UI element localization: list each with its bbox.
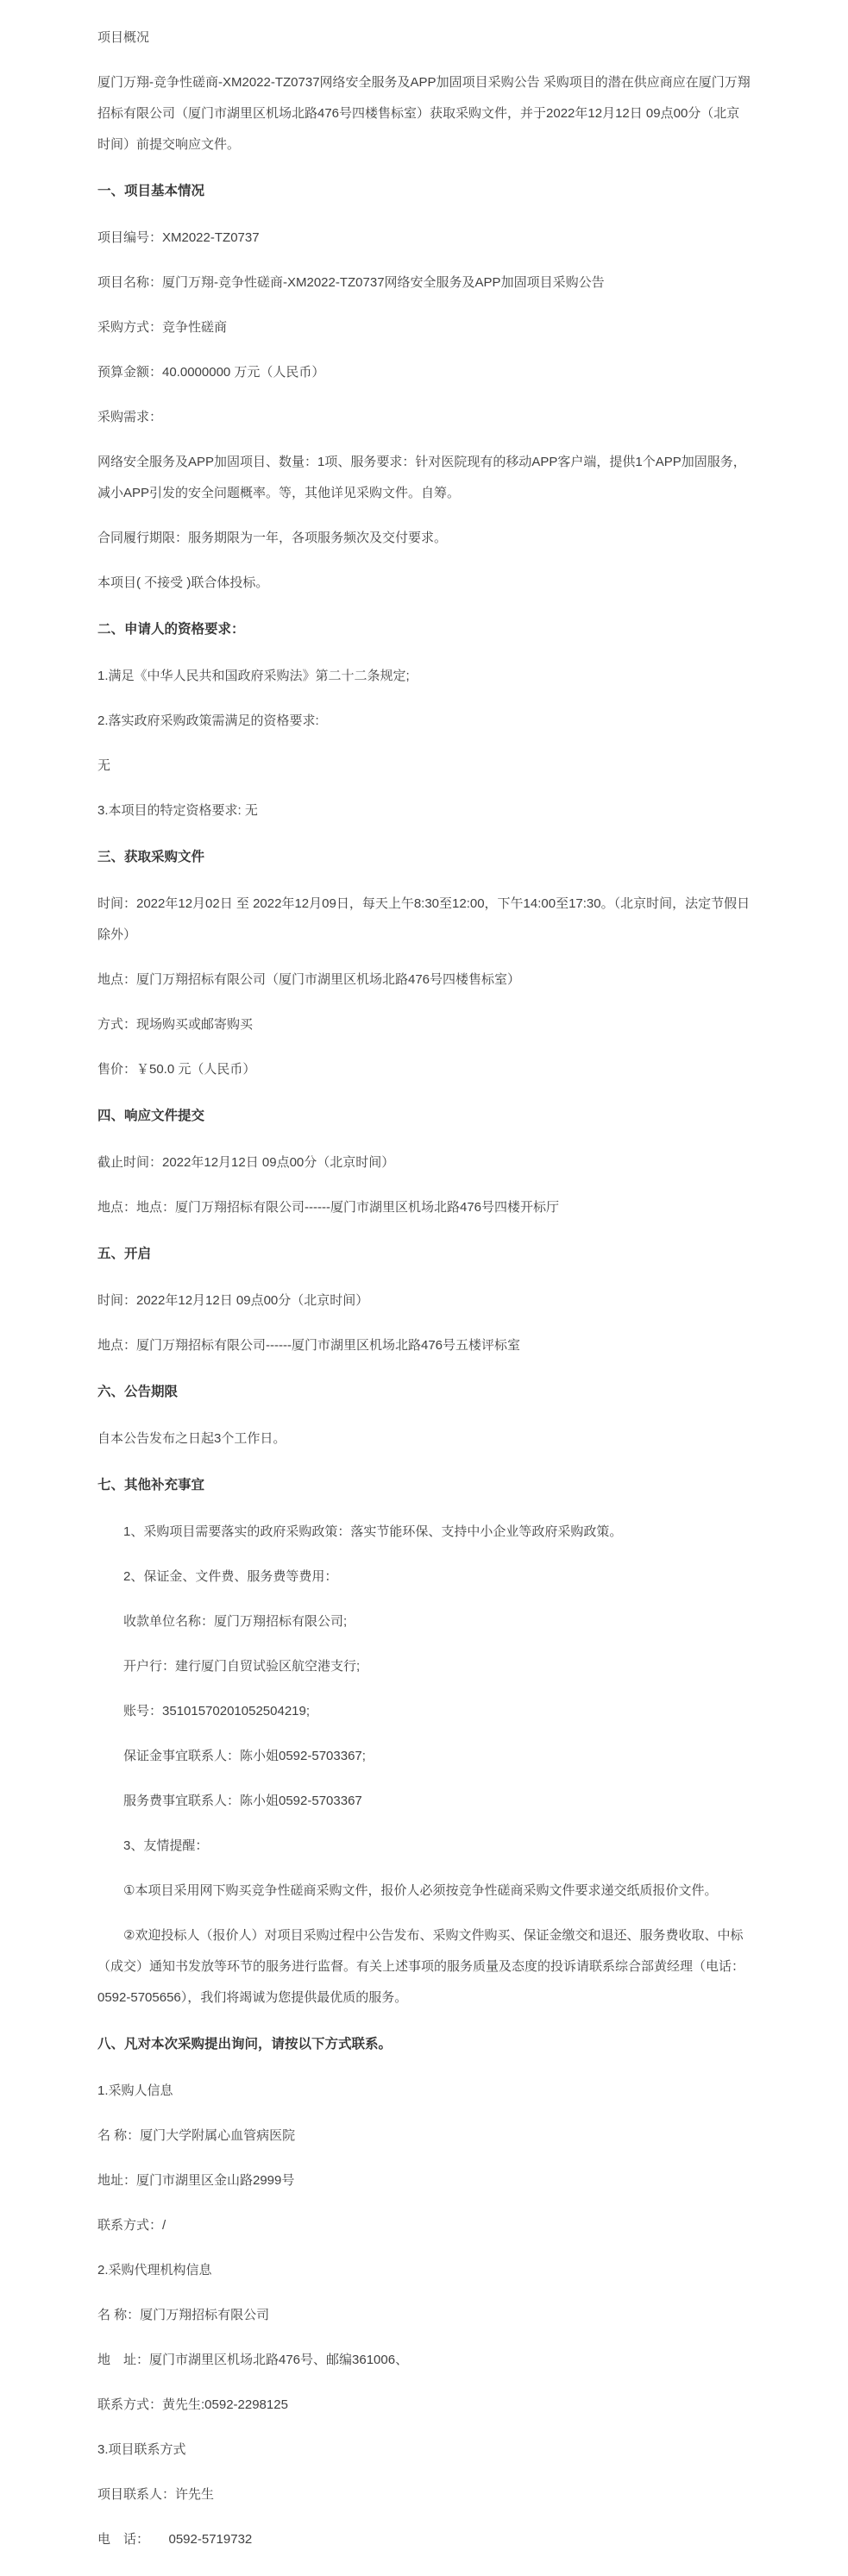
consortium-bidding-note: 本项目( 不接受 )联合体投标。 [97, 561, 751, 606]
page-title: 项目概况 [97, 16, 751, 60]
purchaser-name: 名 称：厦门大学附属心血管病医院 [97, 2114, 751, 2158]
supplement-item-3: 3、友情提醒： [97, 1824, 751, 1869]
account-number: 账号：35101570201052504219; [97, 1689, 751, 1734]
section-6-heading: 六、公告期限 [97, 1368, 751, 1417]
service-fee-contact: 服务费事宜联系人：陈小姐0592-5703367 [97, 1779, 751, 1824]
agency-address: 地 址：厦门市湖里区机场北路476号、邮编361006、 [97, 2338, 751, 2383]
document-acquisition-method: 方式：现场购买或邮寄购买 [97, 1002, 751, 1047]
agency-contact: 联系方式：黄先生:0592-2298125 [97, 2383, 751, 2428]
project-contact-person: 项目联系人：许先生 [97, 2472, 751, 2517]
section-3-heading: 三、获取采购文件 [97, 833, 751, 882]
announcement-period: 自本公告发布之日起3个工作日。 [97, 1417, 751, 1461]
document-acquisition-time: 时间：2022年12月02日 至 2022年12月09日，每天上午8:30至12… [97, 882, 751, 958]
project-contact-phone: 电 话： 0592-5719732 [97, 2517, 751, 2562]
procurement-announcement-document: 项目概况 厦门万翔-竞争性磋商-XM2022-TZ0737网络安全服务及APP加… [0, 0, 848, 2576]
supplement-item-2: 2、保证金、文件费、服务费等费用： [97, 1555, 751, 1599]
opening-location: 地点：厦门万翔招标有限公司------厦门市湖里区机场北路476号五楼评标室 [97, 1323, 751, 1368]
project-name: 项目名称：厦门万翔-竞争性磋商-XM2022-TZ0737网络安全服务及APP加… [97, 261, 751, 305]
submission-location: 地点：地点：厦门万翔招标有限公司------厦门市湖里区机场北路476号四楼开标… [97, 1185, 751, 1230]
agency-name: 名 称：厦门万翔招标有限公司 [97, 2293, 751, 2338]
section-5-heading: 五、开启 [97, 1230, 751, 1279]
reminder-2: ②欢迎投标人（报价人）对项目采购过程中公告发布、采购文件购买、保证金缴交和退还、… [97, 1913, 751, 2020]
section-2-heading: 二、申请人的资格要求： [97, 606, 751, 654]
budget-amount: 预算金额：40.0000000 万元（人民币） [97, 350, 751, 395]
opening-time: 时间：2022年12月12日 09点00分（北京时间） [97, 1279, 751, 1323]
qualification-requirement-2-value: 无 [97, 744, 751, 789]
supplement-item-1: 1、采购项目需要落实的政府采购政策：落实节能环保、支持中小企业等政府采购政策。 [97, 1510, 751, 1555]
procurement-demand-detail: 网络安全服务及APP加固项目、数量：1项、服务要求：针对医院现有的移动APP客户… [97, 440, 751, 516]
procurement-demand-label: 采购需求： [97, 395, 751, 440]
qualification-requirement-3: 3.本项目的特定资格要求: 无 [97, 789, 751, 833]
project-number: 项目编号：XM2022-TZ0737 [97, 216, 751, 261]
section-1-heading: 一、项目基本情况 [97, 167, 751, 216]
purchaser-contact: 联系方式：/ [97, 2203, 751, 2248]
purchaser-info-label: 1.采购人信息 [97, 2069, 751, 2114]
agency-info-label: 2.采购代理机构信息 [97, 2248, 751, 2293]
document-acquisition-location: 地点：厦门万翔招标有限公司（厦门市湖里区机场北路476号四楼售标室） [97, 958, 751, 1002]
payee-name: 收款单位名称：厦门万翔招标有限公司; [97, 1599, 751, 1644]
project-overview-text: 厦门万翔-竞争性磋商-XM2022-TZ0737网络安全服务及APP加固项目采购… [97, 60, 751, 167]
section-7-heading: 七、其他补充事宜 [97, 1461, 751, 1510]
section-8-heading: 八、凡对本次采购提出询问，请按以下方式联系。 [97, 2020, 751, 2069]
project-contact-label: 3.项目联系方式 [97, 2428, 751, 2472]
purchaser-address: 地址：厦门市湖里区金山路2999号 [97, 2158, 751, 2203]
contract-performance-period: 合同履行期限：服务期限为一年，各项服务频次及交付要求。 [97, 516, 751, 561]
qualification-requirement-2: 2.落实政府采购政策需满足的资格要求: [97, 699, 751, 744]
deposit-contact: 保证金事宜联系人：陈小姐0592-5703367; [97, 1734, 751, 1779]
document-price: 售价：￥50.0 元（人民币） [97, 1047, 751, 1092]
qualification-requirement-1: 1.满足《中华人民共和国政府采购法》第二十二条规定; [97, 654, 751, 699]
reminder-1: ①本项目采用网下购买竞争性磋商采购文件，报价人必须按竞争性磋商采购文件要求递交纸… [97, 1869, 751, 1913]
bank-name: 开户行：建行厦门自贸试验区航空港支行; [97, 1644, 751, 1689]
section-4-heading: 四、响应文件提交 [97, 1092, 751, 1140]
submission-deadline: 截止时间：2022年12月12日 09点00分（北京时间） [97, 1140, 751, 1185]
procurement-method: 采购方式：竞争性磋商 [97, 305, 751, 350]
